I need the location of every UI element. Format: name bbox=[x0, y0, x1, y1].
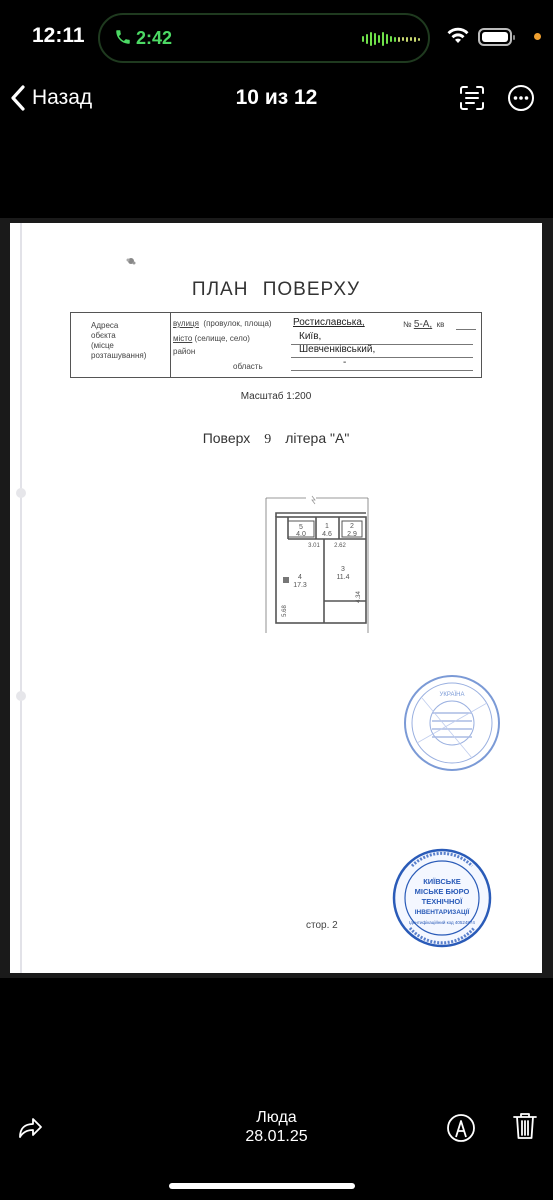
svg-text:ТЕХНІЧНОЇ: ТЕХНІЧНОЇ bbox=[422, 897, 464, 906]
svg-text:17.3: 17.3 bbox=[293, 582, 307, 589]
street-label: вулиця (провулок, площа) bbox=[173, 319, 272, 328]
floor-label: Поверх9літера "А" bbox=[10, 430, 542, 448]
svg-text:1: 1 bbox=[325, 523, 329, 530]
floor-plan-drawing: 5 4.0 1 4.6 2 2.9 3 11.4 4 17.3 3.01 2.6… bbox=[256, 493, 376, 633]
notary-stamp: УКРАЇНА bbox=[402, 673, 502, 773]
svg-text:ІНВЕНТАРИЗАЦІЇ: ІНВЕНТАРИЗАЦІЇ bbox=[415, 908, 470, 916]
document-heading: ПЛАН ПОВЕРХУ bbox=[10, 279, 542, 301]
ink-smudge bbox=[123, 255, 139, 267]
trash-icon[interactable] bbox=[512, 1111, 538, 1141]
mic-indicator-dot bbox=[534, 33, 541, 40]
svg-text:2.9: 2.9 bbox=[347, 531, 357, 538]
street-value: Ростиславська, bbox=[293, 317, 365, 328]
home-indicator[interactable] bbox=[169, 1183, 355, 1189]
battery-icon bbox=[478, 28, 512, 46]
punch-hole bbox=[16, 691, 26, 701]
status-time: 12:11 bbox=[32, 24, 85, 48]
bti-stamp: КИЇВСЬКЕ МІСЬКЕ БЮРО ТЕХНІЧНОЇ ІНВЕНТАРИ… bbox=[392, 848, 492, 948]
district-value: Шевченківський, bbox=[299, 344, 375, 355]
svg-text:4.0: 4.0 bbox=[296, 531, 306, 538]
punch-hole bbox=[16, 488, 26, 498]
more-icon[interactable] bbox=[507, 84, 535, 112]
svg-text:3.01: 3.01 bbox=[308, 543, 320, 549]
scan-text-icon[interactable] bbox=[458, 84, 486, 112]
region-value: - bbox=[343, 357, 346, 368]
svg-text:КИЇВСЬКЕ: КИЇВСЬКЕ bbox=[423, 877, 461, 886]
audio-wave-icon bbox=[362, 32, 420, 46]
call-duration: 2:42 bbox=[136, 28, 172, 49]
page-number: стор. 2 bbox=[306, 920, 338, 931]
number-field: № 5-А, кв bbox=[403, 319, 444, 330]
svg-text:Ідентифікаційний код 40524874: Ідентифікаційний код 40524874 bbox=[409, 919, 475, 925]
markup-icon[interactable] bbox=[446, 1113, 476, 1143]
address-table: Адреса обєкта (місце розташування) вулиц… bbox=[70, 312, 482, 378]
svg-text:5.68: 5.68 bbox=[282, 605, 288, 617]
district-label: район bbox=[173, 347, 195, 356]
svg-text:5: 5 bbox=[299, 524, 303, 531]
svg-text:УКРАЇНА: УКРАЇНА bbox=[440, 691, 465, 698]
city-value: Київ, bbox=[299, 331, 321, 342]
document-page[interactable]: ПЛАН ПОВЕРХУ Адреса обєкта (місце розташ… bbox=[10, 223, 542, 973]
svg-text:2: 2 bbox=[350, 523, 354, 530]
svg-text:2.62: 2.62 bbox=[334, 543, 346, 549]
svg-text:МІСЬКЕ БЮРО: МІСЬКЕ БЮРО bbox=[415, 887, 470, 896]
scale-label: Масштаб 1:200 bbox=[10, 391, 542, 402]
wifi-icon bbox=[446, 26, 470, 44]
region-label: область bbox=[233, 362, 263, 371]
svg-text:4.34: 4.34 bbox=[356, 591, 362, 603]
active-call-pill[interactable]: 2:42 bbox=[98, 13, 430, 63]
svg-text:3: 3 bbox=[341, 566, 345, 573]
address-label: Адреса обєкта (місце розташування) bbox=[71, 313, 171, 377]
binding-edge bbox=[20, 223, 22, 973]
city-label: місто (селище, село) bbox=[173, 334, 250, 343]
svg-text:11.4: 11.4 bbox=[336, 574, 349, 581]
svg-text:4.6: 4.6 bbox=[322, 531, 332, 538]
phone-icon bbox=[114, 27, 132, 47]
svg-text:4: 4 bbox=[298, 574, 302, 581]
